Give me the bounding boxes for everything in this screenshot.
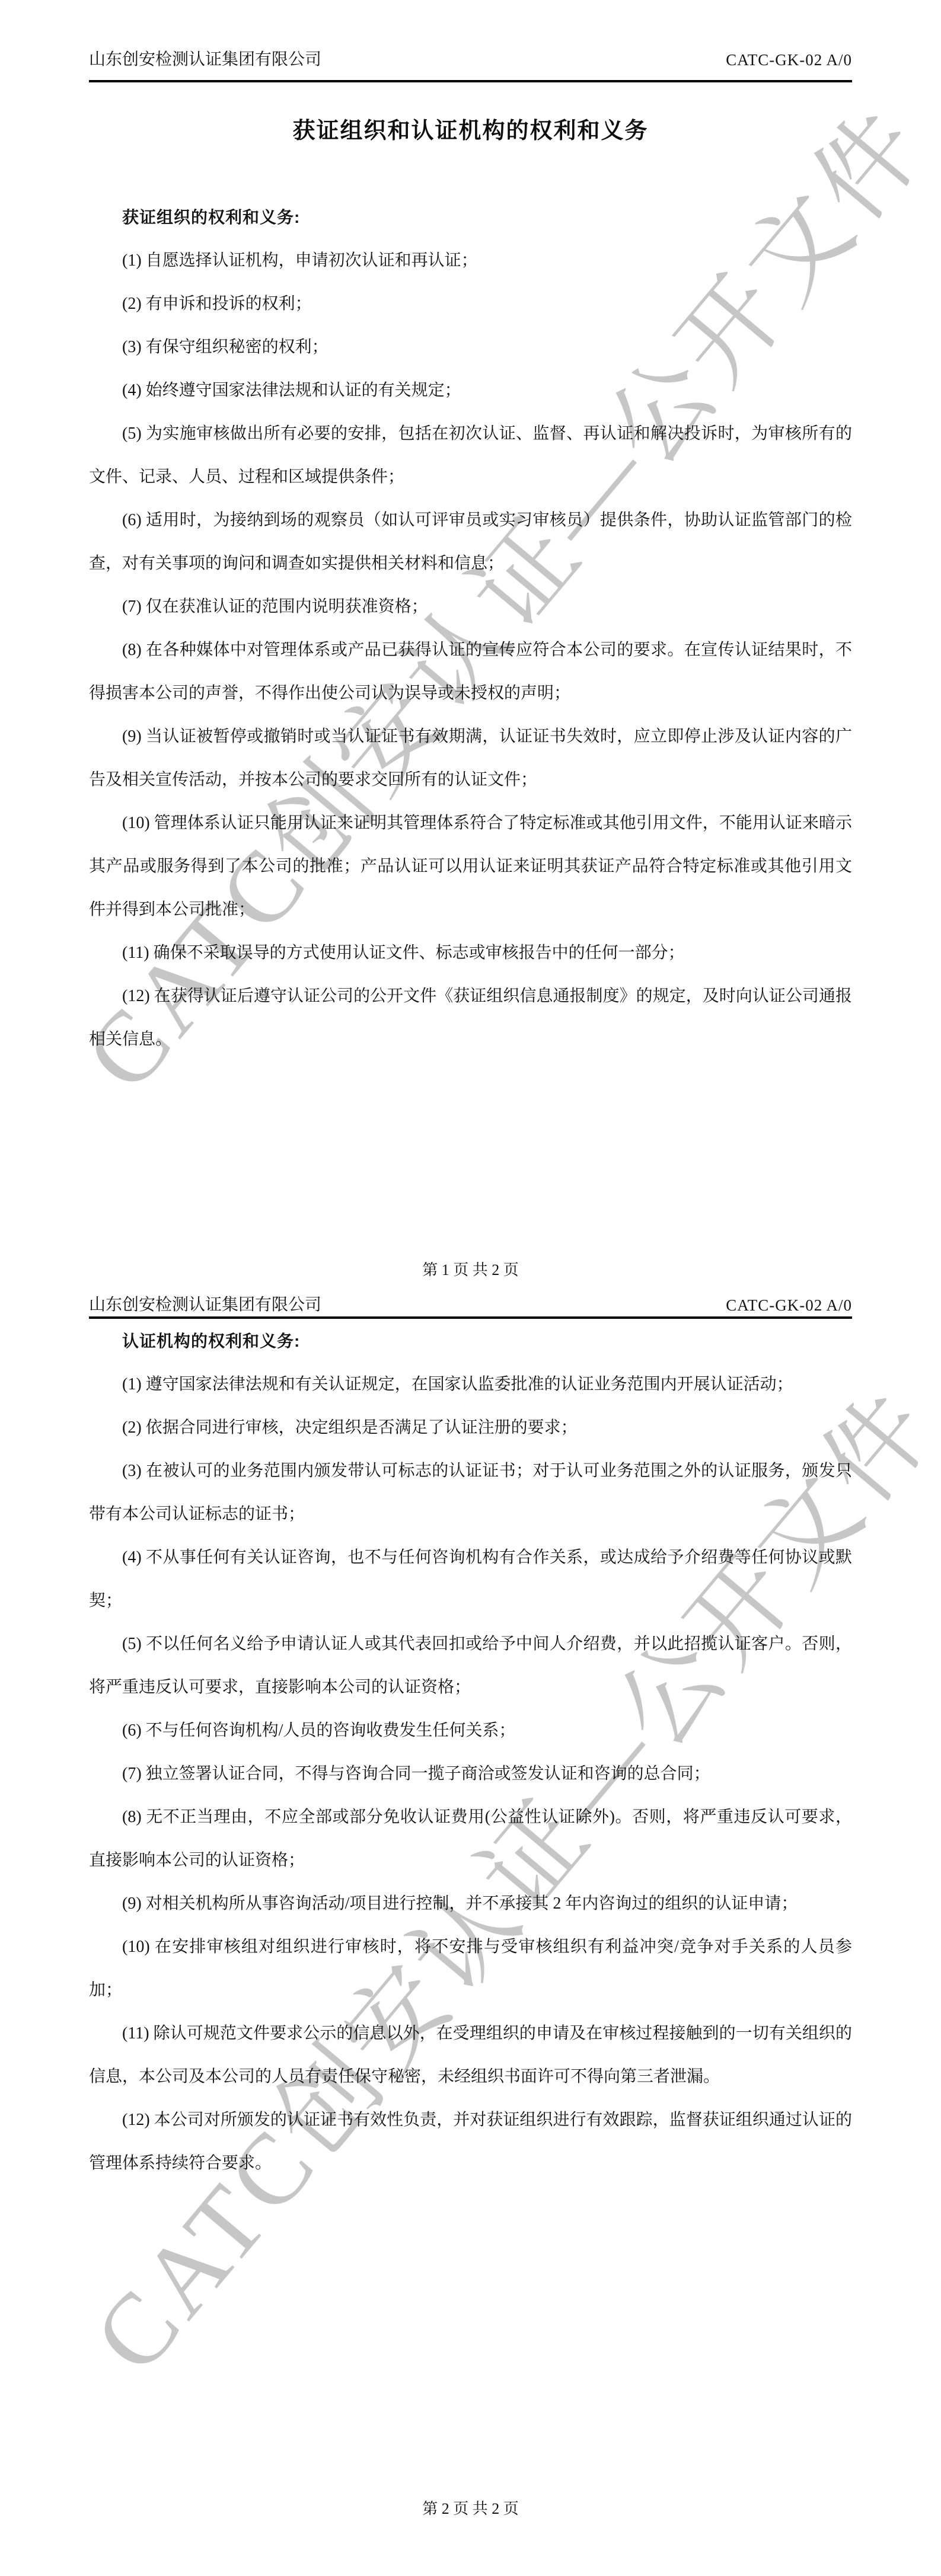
clause-item: (6) 适用时，为接纳到场的观察员（如认可评审员或实习审核员）提供条件，协助认证… [89, 498, 852, 585]
page-1-content-layer: 山东创安检测认证集团有限公司 CATC-GK-02 A/0 获证组织和认证机构的… [0, 0, 941, 1288]
clause-item: (10) 管理体系认证只能用认证来证明其管理体系符合了特定标准或其他引用文件，不… [89, 801, 852, 931]
clause-item: (8) 无不正当理由，不应全部或部分免收认证费用(公益性认证除外)。否则，将严重… [89, 1795, 852, 1882]
clause-item: (2) 有申诉和投诉的权利； [89, 282, 852, 325]
clause-item: (4) 始终遵守国家法律法规和认证的有关规定； [89, 369, 852, 412]
company-name: 山东创安检测认证集团有限公司 [89, 1295, 321, 1315]
page-2: CATC创安认证—公开文件 山东创安检测认证集团有限公司 CATC-GK-02 … [0, 1288, 941, 2576]
page-1: CATC创安认证—公开文件 山东创安检测认证集团有限公司 CATC-GK-02 … [0, 0, 941, 1288]
clause-item: (12) 本公司对所颁发的认证证书有效性负责，并对获证组织进行有效跟踪，监督获证… [89, 2098, 852, 2185]
clause-item: (9) 当认证被暂停或撤销时或当认证证书有效期满，认证证书失效时，应立即停止涉及… [89, 715, 852, 801]
clause-item: (1) 自愿选择认证机构，申请初次认证和再认证； [89, 239, 852, 282]
clause-item: (7) 独立签署认证合同，不得与咨询合同一揽子商洽或签发认证和咨询的总合同； [89, 1752, 852, 1795]
clause-item: (6) 不与任何咨询机构/人员的咨询收费发生任何关系； [89, 1709, 852, 1752]
clause-item: (11) 除认可规范文件要求公示的信息以外，在受理组织的申请及在审核过程接触到的… [89, 2012, 852, 2098]
page-2-body: 认证机构的权利和义务: (1) 遵守国家法律法规和有关认证规定，在国家认监委批准… [89, 1319, 852, 2185]
clause-item: (9) 对相关机构所从事咨询活动/项目进行控制，并不承接其 2 年内咨询过的组织… [89, 1882, 852, 1925]
clause-item: (10) 在安排审核组对组织进行审核时，将不安排与受审核组织有利益冲突/竞争对手… [89, 1925, 852, 2012]
document-title: 获证组织和认证机构的权利和义务 [89, 117, 852, 145]
page-number: 第 1 页 共 2 页 [89, 1258, 852, 1282]
page-2-content-layer: 山东创安检测认证集团有限公司 CATC-GK-02 A/0 认证机构的权利和义务… [0, 1288, 941, 2576]
header-rule [89, 80, 852, 82]
clause-item: (1) 遵守国家法律法规和有关认证规定，在国家认监委批准的认证业务范围内开展认证… [89, 1363, 852, 1406]
clause-item: (3) 在被认可的业务范围内颁发带认可标志的认证证书；对于认可业务范围之外的认证… [89, 1449, 852, 1536]
document-code: CATC-GK-02 A/0 [726, 1295, 852, 1315]
section-heading: 认证机构的权利和义务: [89, 1319, 852, 1363]
clause-item: (5) 为实施审核做出所有必要的安排，包括在初次认证、监督、再认证和解决投诉时，… [89, 412, 852, 498]
clause-item: (8) 在各种媒体中对管理体系或产品已获得认证的宣传应符合本公司的要求。在宣传认… [89, 628, 852, 715]
company-name: 山东创安检测认证集团有限公司 [89, 50, 321, 70]
clause-item: (4) 不从事任何有关认证咨询，也不与任何咨询机构有合作关系，或达成给予介绍费等… [89, 1536, 852, 1622]
page-number: 第 2 页 共 2 页 [89, 2497, 852, 2521]
section-heading: 获证组织的权利和义务: [89, 196, 852, 239]
clause-item: (5) 不以任何名义给予申请认证人或其代表回扣或给予中间人介绍费，并以此招揽认证… [89, 1622, 852, 1709]
header-rule [89, 1316, 852, 1319]
page-1-body: 获证组织的权利和义务: (1) 自愿选择认证机构，申请初次认证和再认证； (2)… [89, 196, 852, 1061]
clause-item: (11) 确保不采取误导的方式使用认证文件、标志或审核报告中的任何一部分； [89, 931, 852, 974]
document-canvas: CATC创安认证—公开文件 山东创安检测认证集团有限公司 CATC-GK-02 … [0, 0, 941, 2576]
clause-item: (12) 在获得认证后遵守认证公司的公开文件《获证组织信息通报制度》的规定，及时… [89, 974, 852, 1061]
clause-item: (7) 仅在获准认证的范围内说明获准资格； [89, 585, 852, 628]
document-code: CATC-GK-02 A/0 [726, 50, 852, 70]
clause-item: (2) 依据合同进行审核，决定组织是否满足了认证注册的要求； [89, 1406, 852, 1449]
clause-item: (3) 有保守组织秘密的权利； [89, 325, 852, 369]
